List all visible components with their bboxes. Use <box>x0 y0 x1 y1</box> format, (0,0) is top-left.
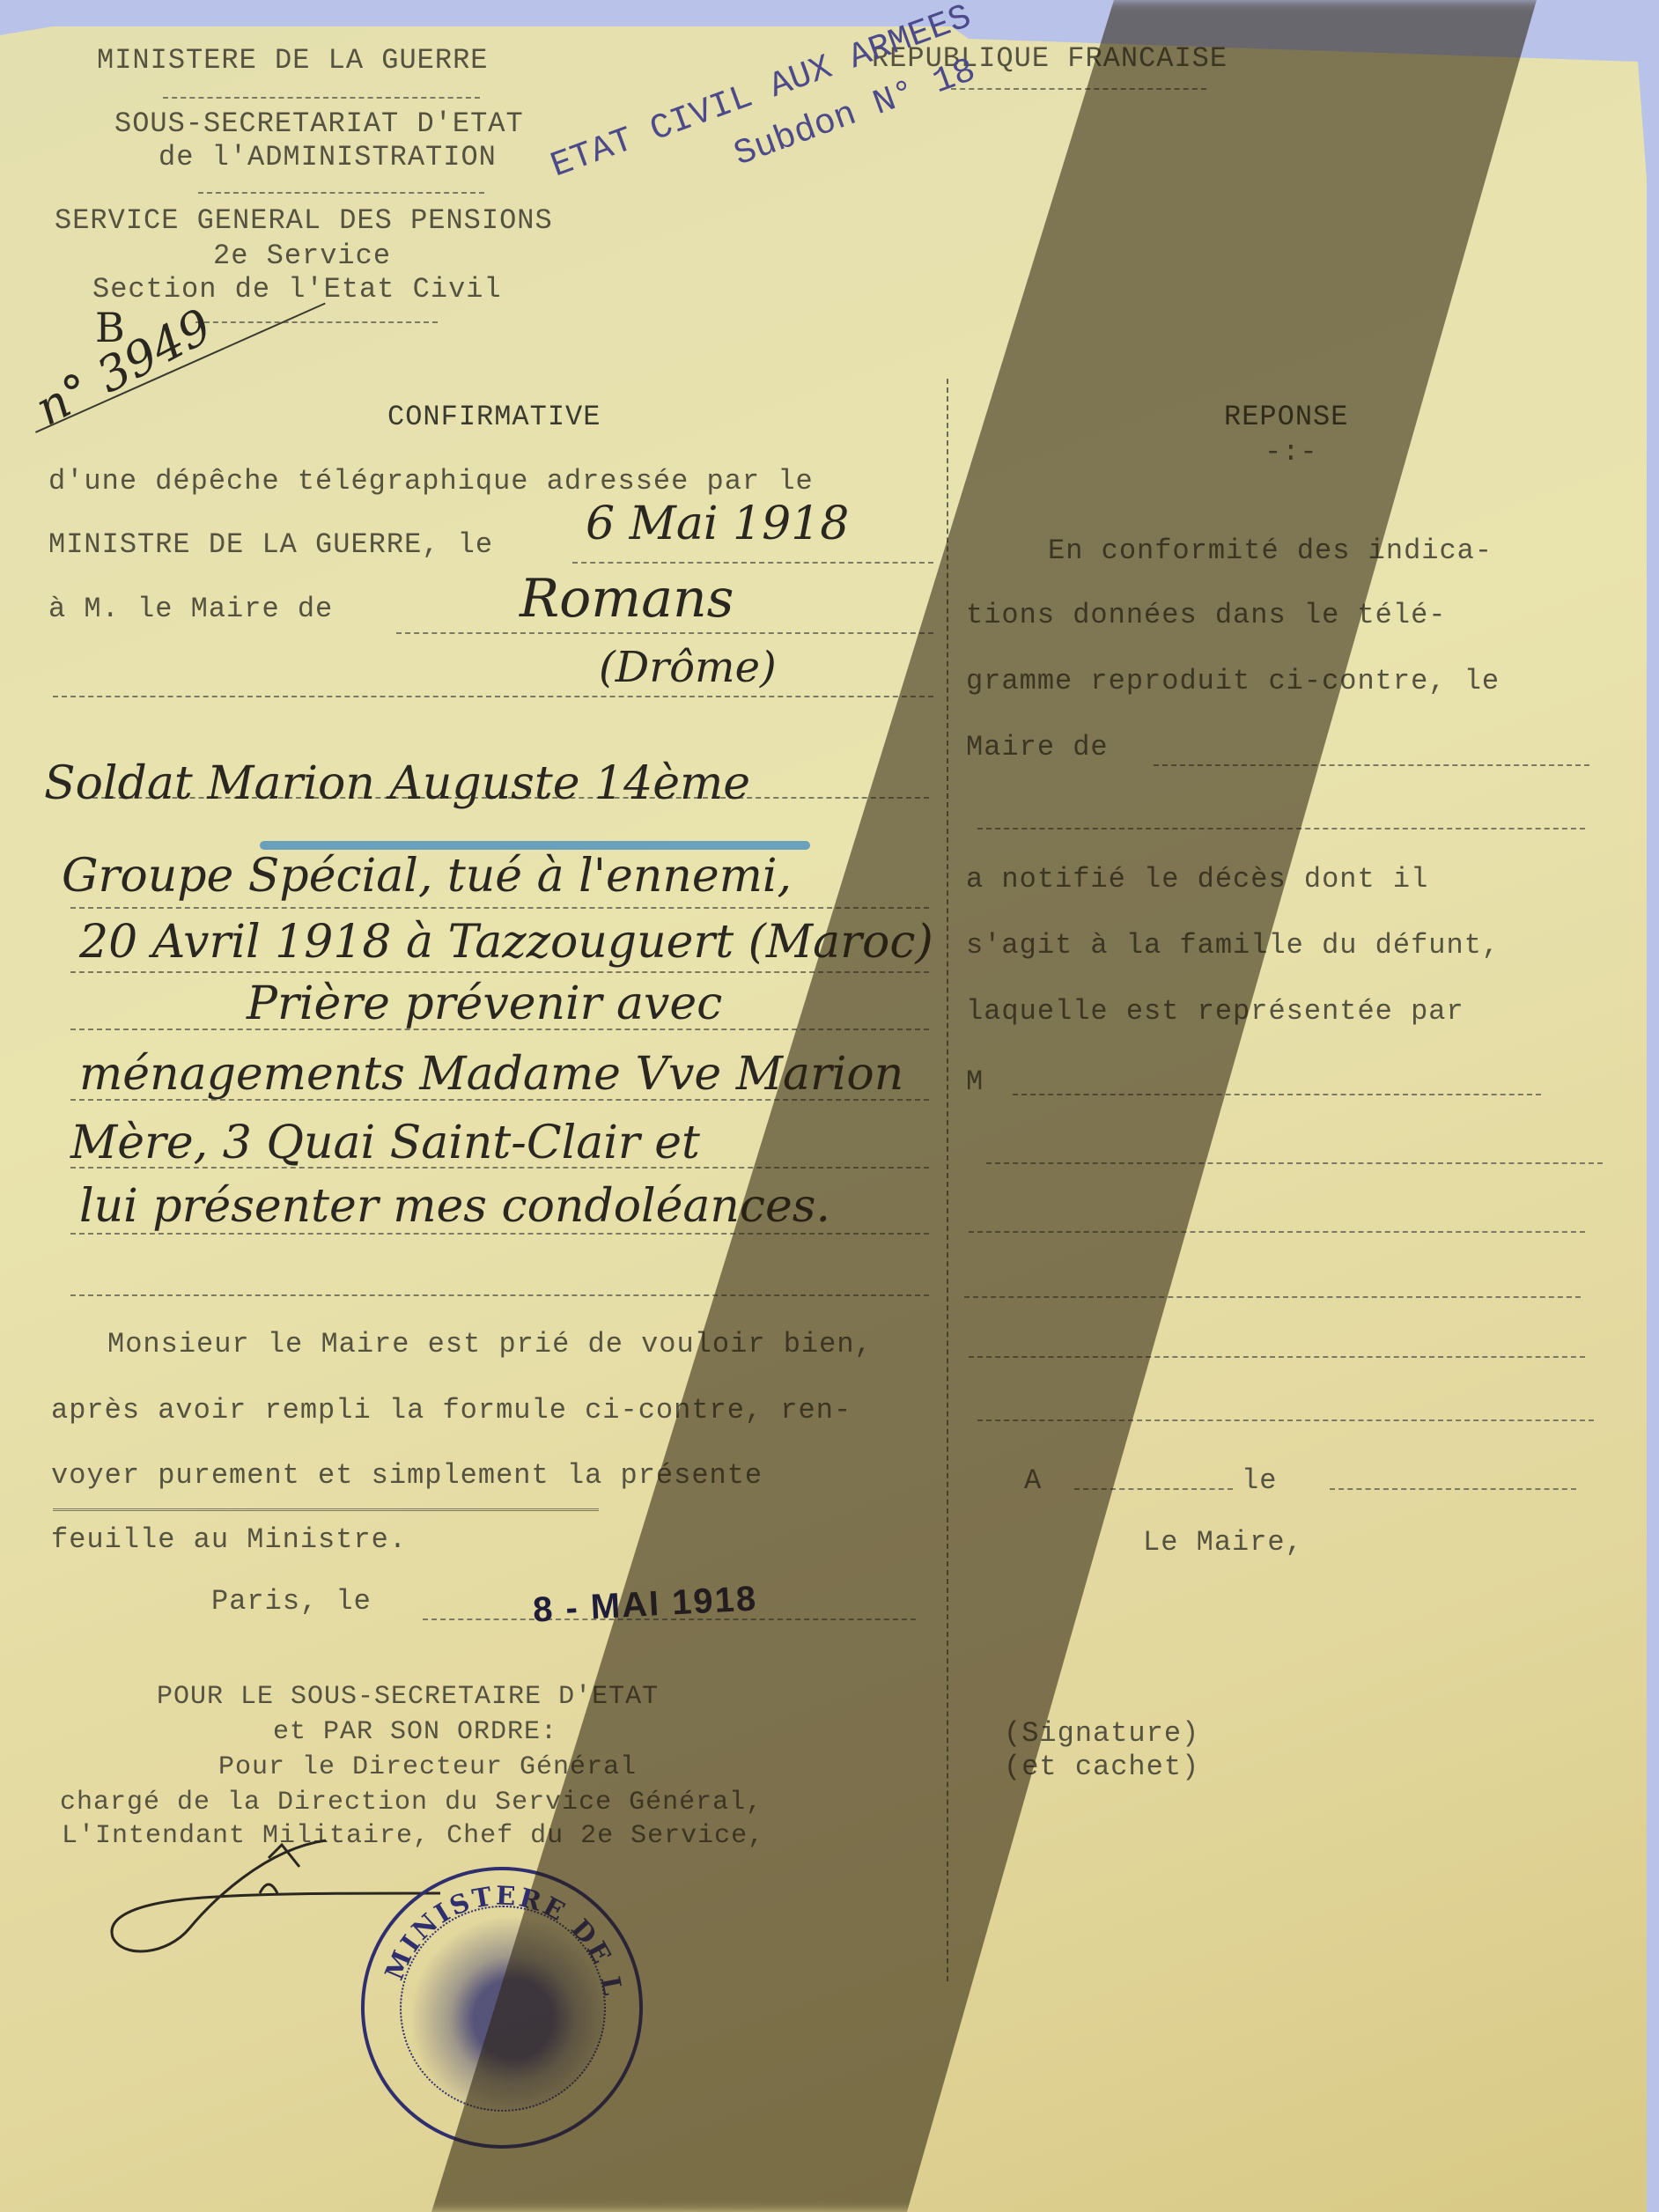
date-label: le <box>1242 1464 1277 1497</box>
divider <box>195 321 438 323</box>
mayor-town-field[interactable] <box>1154 764 1589 766</box>
divider <box>163 97 480 99</box>
instruction-line: après avoir rempli la formule ci-contre,… <box>51 1394 852 1427</box>
message-line: Prière prévenir avec <box>247 977 722 1030</box>
ministry-seal-icon: MINISTERE DE LA GUERRE <box>361 1867 643 2149</box>
message-line: Soldat Marion Auguste 14ème <box>44 757 750 810</box>
instruction-line: voyer purement et simplement la présente <box>51 1459 763 1492</box>
response-title: REPONSE <box>1224 401 1348 433</box>
instruction-line: Monsieur le Maire est prié de vouloir bi… <box>107 1328 873 1360</box>
response-ornament: -:- <box>1265 436 1318 468</box>
signatory-line: et PAR SON ORDRE: <box>273 1717 557 1747</box>
separator <box>70 1294 929 1296</box>
ruled-line <box>977 1419 1594 1421</box>
divider <box>951 88 1206 90</box>
message-line: Groupe Spécial, tué à l'ennemi, <box>62 850 792 903</box>
place-label: A <box>1024 1464 1042 1497</box>
response-line: Maire de <box>966 731 1109 763</box>
response-line: a notifié le décès dont il <box>966 863 1428 896</box>
ruled-line <box>986 1162 1603 1164</box>
response-line: En conformité des indica- <box>1048 535 1493 567</box>
divider <box>198 192 484 194</box>
date-line <box>572 562 933 564</box>
mayor-label: Le Maire, <box>1143 1526 1303 1559</box>
instruction-line: feuille au Ministre. <box>51 1523 407 1556</box>
signatory-line: POUR LE SOUS-SECRETAIRE D'ETAT <box>157 1682 659 1712</box>
ruled-line <box>70 1233 929 1235</box>
double-underline <box>53 1508 599 1511</box>
telegram-date: 6 Mai 1918 <box>586 498 849 550</box>
ruled-line <box>969 1356 1585 1358</box>
intro-line-2: MINISTRE DE LA GUERRE, le <box>48 528 493 561</box>
separator <box>53 696 933 697</box>
signature-label: (Signature) <box>1004 1717 1199 1750</box>
representative-field[interactable] <box>1013 1094 1541 1095</box>
letterhead-sub-secretariat: SOUS-SECRETARIAT D'ETAT <box>114 107 524 140</box>
place-date-label: Paris, le <box>211 1585 372 1618</box>
ruled-line <box>70 971 929 973</box>
seal-label: (et cachet) <box>1004 1751 1199 1783</box>
confirmative-title: CONFIRMATIVE <box>387 401 601 433</box>
town-name: Romans <box>520 568 734 630</box>
signatory-line: chargé de la Direction du Service Généra… <box>60 1788 763 1818</box>
ruled-line <box>964 1296 1581 1298</box>
letterhead-ministry: MINISTERE DE LA GUERRE <box>97 44 488 77</box>
date-field[interactable] <box>1330 1488 1576 1490</box>
ruled-line <box>969 1231 1585 1233</box>
intro-line-3: à M. le Maire de <box>48 593 333 625</box>
message-line: lui présenter mes condoléances. <box>79 1180 830 1233</box>
message-line: Mère, 3 Quai Saint-Clair et <box>70 1117 700 1169</box>
place-field[interactable] <box>1074 1488 1233 1490</box>
response-line: s'agit à la famille du défunt, <box>966 929 1500 962</box>
seal-ring-text: MINISTERE DE LA GUERRE <box>365 1870 639 2145</box>
letterhead-service-number: 2e Service <box>213 240 391 272</box>
signatory-line: Pour le Directeur Général <box>218 1752 637 1782</box>
letterhead-administration: de l'ADMINISTRATION <box>159 141 497 173</box>
message-line: 20 Avril 1918 à Tazzouguert (Maroc) <box>79 916 933 969</box>
department-name: (Drôme) <box>599 643 777 692</box>
letterhead-service: SERVICE GENERAL DES PENSIONS <box>55 204 553 237</box>
message-line: ménagements Madame Vve Marion <box>79 1048 903 1101</box>
response-line: laquelle est représentée par <box>966 995 1464 1028</box>
svg-text:MINISTERE DE LA GUERRE: MINISTERE DE LA GUERRE <box>365 1870 629 2000</box>
response-line: tions données dans le télé- <box>966 599 1446 631</box>
response-line: gramme reproduit ci-contre, le <box>966 665 1500 697</box>
ruled-line <box>70 907 929 909</box>
column-divider <box>947 379 948 1981</box>
intro-line-1: d'une dépêche télégraphique adressée par… <box>48 465 814 498</box>
ruled-line <box>977 828 1585 829</box>
blue-pencil-underline <box>260 841 810 850</box>
letterhead-section: Section de l'Etat Civil <box>92 273 502 306</box>
town-line <box>396 632 933 634</box>
response-line: M <box>966 1065 984 1098</box>
